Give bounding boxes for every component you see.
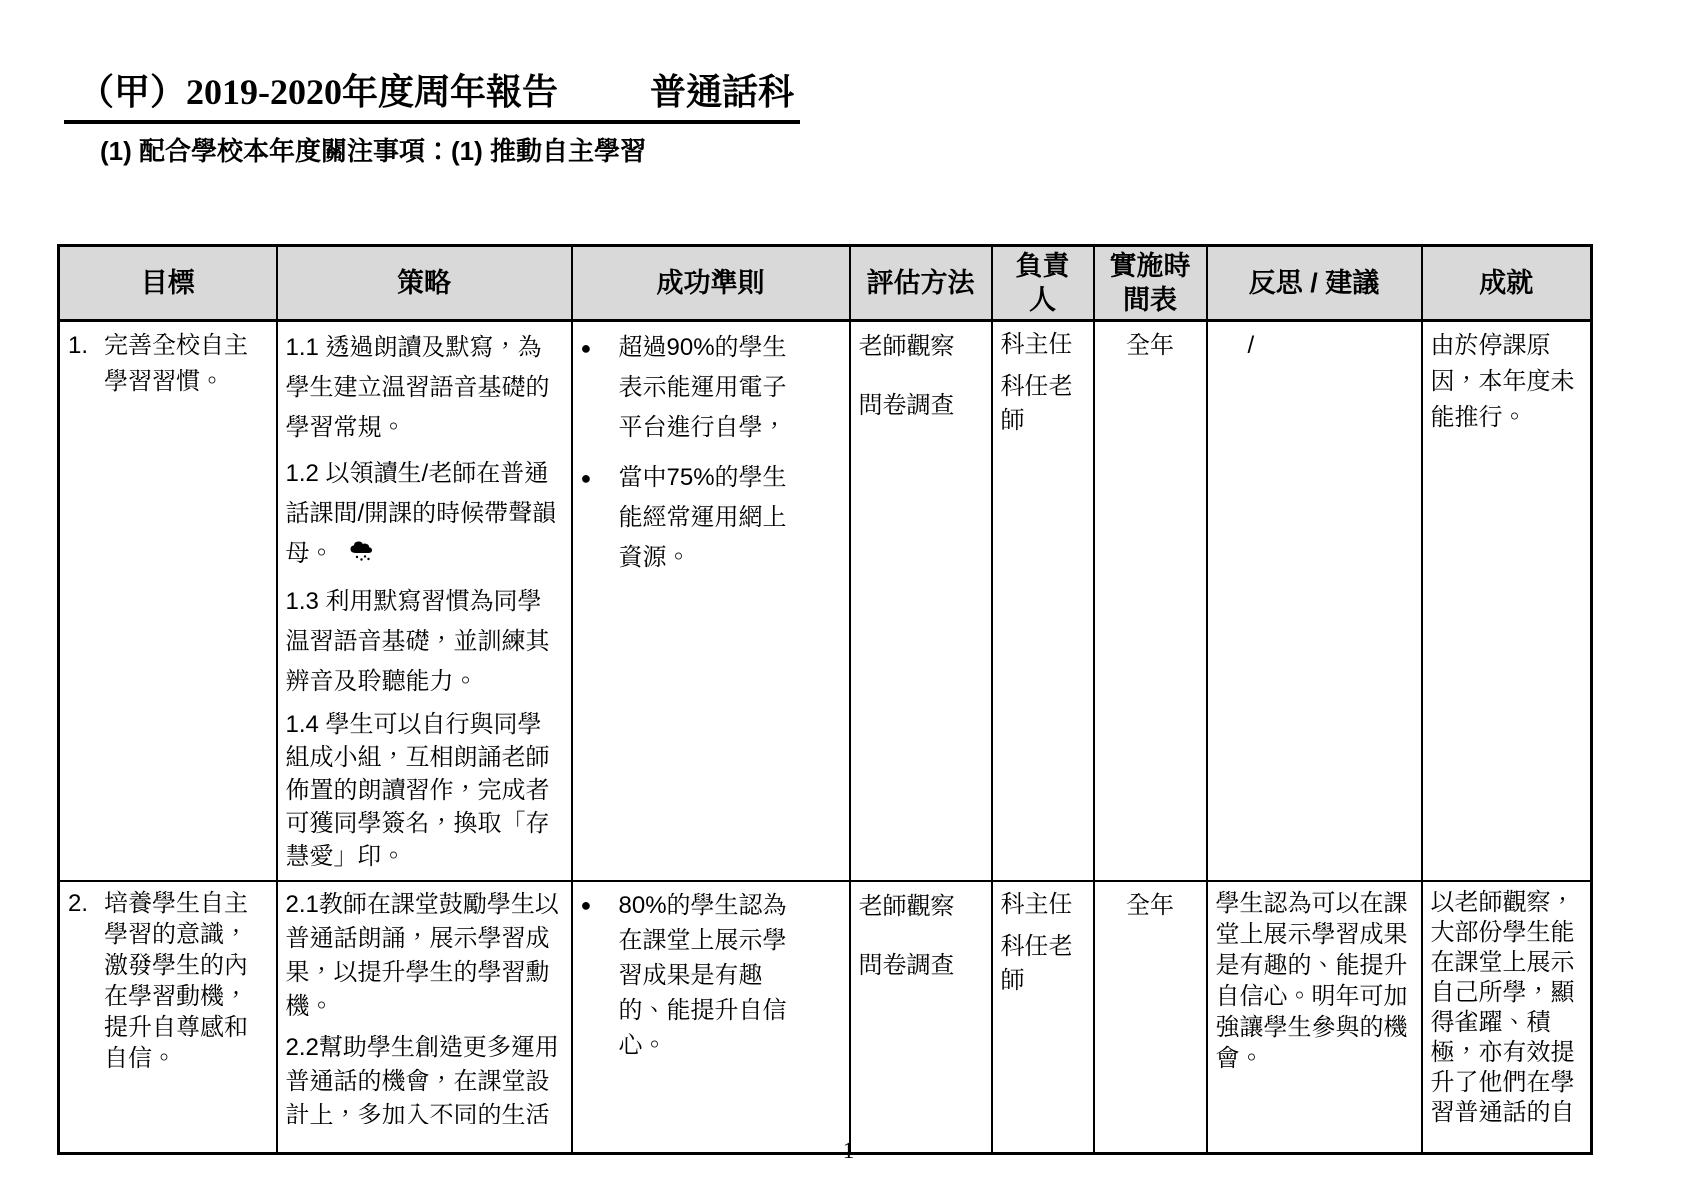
cell-criteria-2: ● 80%的學生認為在課堂上展示學習成果是有趣的、能提升自信心。 — [572, 881, 850, 1154]
strategy-paragraph: 1.2 以領讀生/老師在普通話課間/開課的時候帶聲韻母。 — [286, 454, 563, 576]
cell-evaluation-1: 老師觀察 問卷調查 — [850, 321, 992, 881]
timetable-text: 全年 — [1103, 888, 1198, 924]
header-evaluation: 評估方法 — [850, 246, 992, 321]
cell-goal-1: 1. 完善全校自主學習習慣。 — [59, 321, 277, 881]
strategy-paragraph: 2.2幫助學生創造更多運用普通話的機會，在課堂設計上，多加入不同的生活情景，讓學… — [286, 1031, 563, 1124]
header-responsible: 負責人 — [992, 246, 1094, 321]
timetable-text: 全年 — [1103, 328, 1198, 364]
header-success-criteria: 成功準則 — [572, 246, 850, 321]
criteria-text: 80%的學生認為在課堂上展示學習成果是有趣的、能提升自信心。 — [619, 888, 803, 1063]
table-header-row: 目標 策略 成功準則 評估方法 負責人 實施時間表 反思 / 建議 成就 — [59, 246, 1592, 321]
document-subtitle: (1) 配合學校本年度關注事項：(1) 推動自主學習 — [100, 134, 1697, 168]
rain-cloud-icon — [348, 536, 378, 576]
strategy-paragraph: 1.1 透過朗讀及默寫，為學生建立温習語音基礎的學習常規。 — [286, 328, 563, 448]
cell-responsible-2: 科主任 科任老師 — [992, 881, 1094, 1154]
strategy-paragraph: 2.1教師在課堂鼓勵學生以普通話朗誦，展示學習成果，以提升學生的學習勳機。 — [286, 888, 563, 1024]
cell-criteria-1: ● 超過90%的學生表示能運用電子平台進行自學， ● 當中75%的學生能經常運用… — [572, 321, 850, 881]
document-title: （甲）2019-2020年度周年報告普通話科 — [64, 70, 800, 124]
table-row-1: 1. 完善全校自主學習習慣。 1.1 透過朗讀及默寫，為學生建立温習語音基礎的學… — [59, 321, 1592, 881]
header-goal: 目標 — [59, 246, 277, 321]
criteria-item: ● 80%的學生認為在課堂上展示學習成果是有趣的、能提升自信心。 — [581, 888, 841, 1063]
cell-strategy-2: 2.1教師在課堂鼓勵學生以普通話朗誦，展示學習成果，以提升學生的學習勳機。 2.… — [277, 881, 572, 1154]
goal-text: 培養學生自主學習的意識，激發學生的內在學習動機，提升自尊感和自信。 — [104, 888, 268, 1074]
reflection-text: 學生認為可以在課堂上展示學習成果是有趣的、能提升自信心。明年可加強讓學生參與的機… — [1216, 888, 1413, 1074]
criteria-item: ● 當中75%的學生能經常運用網上資源。 — [581, 458, 841, 578]
strategy-paragraph: 1.3 利用默寫習慣為同學温習語音基礎，並訓練其辨音及聆聽能力。 — [286, 582, 563, 702]
achievement-text: 由於停課原因，本年度未能推行。 — [1431, 328, 1583, 436]
bullet-icon: ● — [581, 328, 619, 448]
bullet-icon: ● — [581, 458, 619, 578]
title-subject: 普通話科 — [650, 72, 794, 112]
cell-timetable-1: 全年 — [1094, 321, 1207, 881]
responsible-person: 科主任 — [1001, 888, 1085, 922]
responsible-person: 科主任 — [1001, 328, 1085, 362]
table-row-2: 2. 培養學生自主學習的意識，激發學生的內在學習動機，提升自尊感和自信。 2.1… — [59, 881, 1592, 1154]
evaluation-method: 問卷調查 — [859, 947, 983, 984]
evaluation-method: 問卷調查 — [859, 387, 983, 424]
header-reflection: 反思 / 建議 — [1207, 246, 1422, 321]
cell-goal-2: 2. 培養學生自主學習的意識，激發學生的內在學習動機，提升自尊感和自信。 — [59, 881, 277, 1154]
strategy-paragraph: 1.4 學生可以自行與同學組成小組，互相朗誦老師佈置的朗讀習作，完成者可獲同學簽… — [286, 708, 563, 873]
header-strategy: 策略 — [277, 246, 572, 321]
page-number: 1 — [0, 1138, 1697, 1164]
cell-timetable-2: 全年 — [1094, 881, 1207, 1154]
responsible-person: 科任老師 — [1001, 930, 1085, 998]
title-main: （甲）2019-2020年度周年報告 — [78, 72, 558, 112]
cell-responsible-1: 科主任 科任老師 — [992, 321, 1094, 881]
reflection-text: / — [1216, 328, 1413, 364]
cell-reflection-1: / — [1207, 321, 1422, 881]
document-page: （甲）2019-2020年度周年報告普通話科 (1) 配合學校本年度關注事項：(… — [0, 0, 1697, 1200]
goal-number: 2. — [68, 888, 92, 1074]
achievement-text: 以老師觀察，大部份學生能在課堂上展示自己所學，顯得雀躍、積極，亦有效提升了他們在… — [1431, 888, 1583, 1124]
criteria-text: 超過90%的學生表示能運用電子平台進行自學， — [619, 328, 803, 448]
bullet-icon: ● — [581, 888, 619, 1063]
cell-strategy-1: 1.1 透過朗讀及默寫，為學生建立温習語音基礎的學習常規。 1.2 以領讀生/老… — [277, 321, 572, 881]
goal-number: 1. — [68, 328, 92, 400]
cell-achievement-1: 由於停課原因，本年度未能推行。 — [1422, 321, 1592, 881]
criteria-text: 當中75%的學生能經常運用網上資源。 — [619, 458, 803, 578]
cell-achievement-2: 以老師觀察，大部份學生能在課堂上展示自己所學，顯得雀躍、積極，亦有效提升了他們在… — [1422, 881, 1592, 1154]
responsible-person: 科任老師 — [1001, 370, 1085, 438]
evaluation-method: 老師觀察 — [859, 328, 983, 365]
cell-evaluation-2: 老師觀察 問卷調查 — [850, 881, 992, 1154]
header-achievement: 成就 — [1422, 246, 1592, 321]
criteria-item: ● 超過90%的學生表示能運用電子平台進行自學， — [581, 328, 841, 448]
goal-text: 完善全校自主學習習慣。 — [104, 328, 268, 400]
annual-report-table: 目標 策略 成功準則 評估方法 負責人 實施時間表 反思 / 建議 成就 1. … — [57, 244, 1593, 1155]
evaluation-method: 老師觀察 — [859, 888, 983, 925]
cell-reflection-2: 學生認為可以在課堂上展示學習成果是有趣的、能提升自信心。明年可加強讓學生參與的機… — [1207, 881, 1422, 1154]
header-timetable: 實施時間表 — [1094, 246, 1207, 321]
